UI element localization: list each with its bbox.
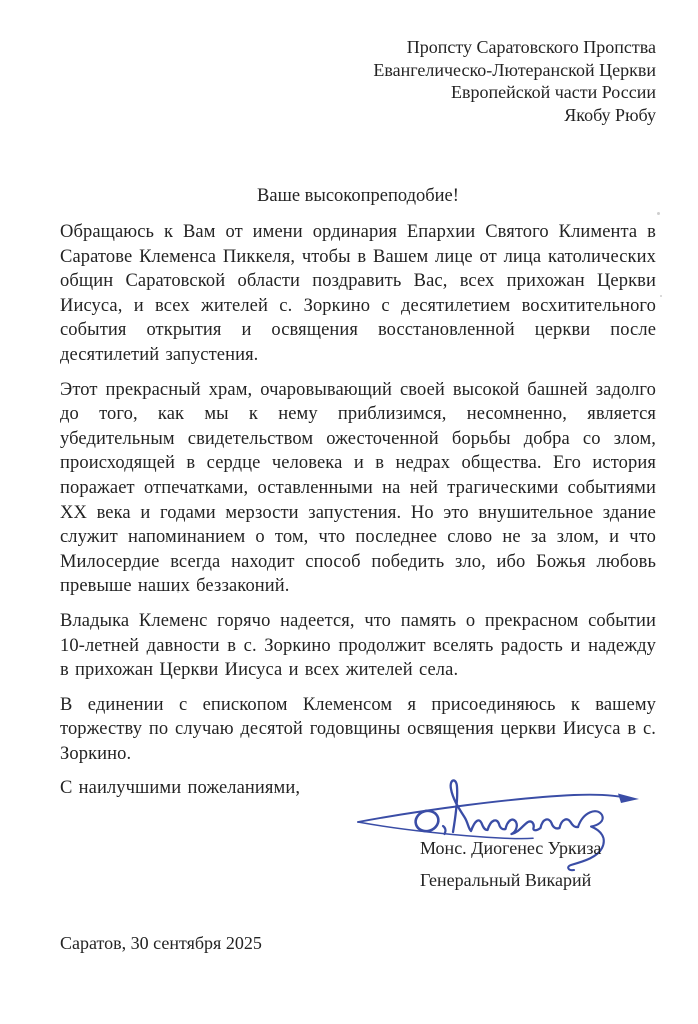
paragraph: Этот прекрасный храм, очаровывающий свое… [60,378,656,599]
recipient-line: Якобу Рюбу [373,104,656,127]
recipient-line: Пропсту Саратовского Пропства [373,36,656,59]
recipient-line: Европейской части России [373,81,656,104]
signer-title: Генеральный Викарий [420,870,591,891]
letter-body: Обращаюсь к Вам от имени ординария Епарх… [60,220,656,811]
signer-name: Монс. Диогенес Уркиза [420,838,601,859]
scan-speck [657,212,660,215]
paragraph: Владыка Клеменс горячо надеется, что пам… [60,609,656,683]
salutation: Ваше высокопреподобие! [60,186,656,207]
paragraph: В единении с епископом Клеменсом я присо… [60,693,656,767]
recipient-block: Пропсту Саратовского Пропства Евангеличе… [373,36,656,126]
closing-line: С наилучшими пожеланиями, [60,776,656,801]
recipient-line: Евангелическо-Лютеранской Церкви [373,59,656,82]
scan-speck [177,591,179,593]
scan-speck [660,295,662,297]
letter-page: Пропсту Саратовского Пропства Евангеличе… [0,0,698,1024]
paragraph: Обращаюсь к Вам от имени ординария Епарх… [60,220,656,368]
dateline: Саратов, 30 сентября 2025 [60,933,262,954]
